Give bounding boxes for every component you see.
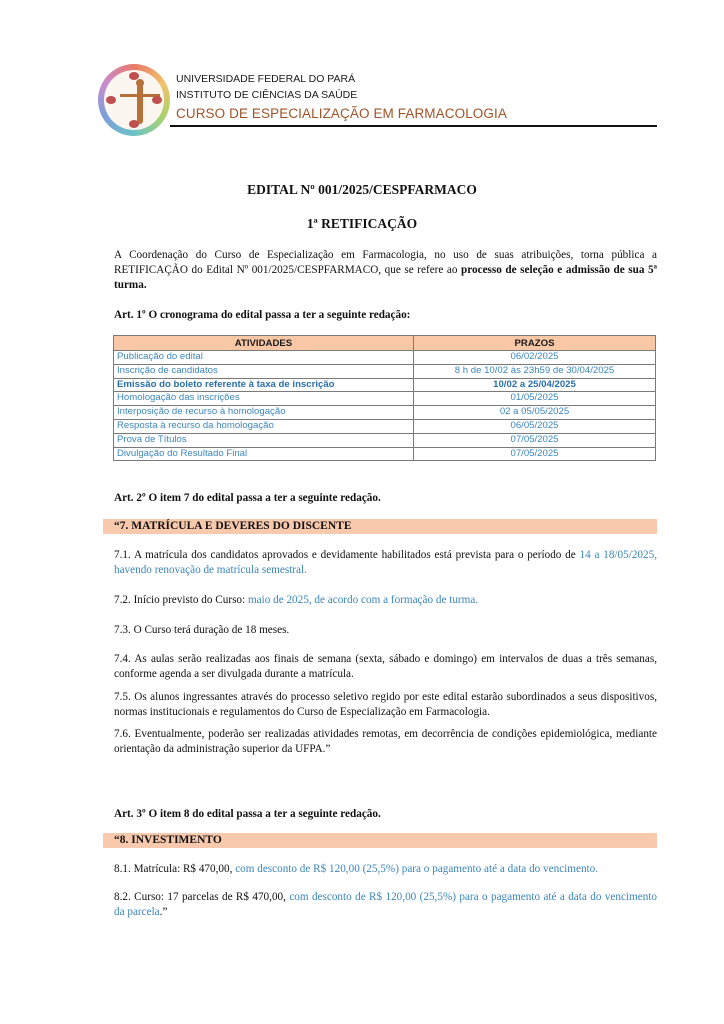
item-8-1-text: 8.1. Matrícula: R$ 470,00, [114, 863, 235, 875]
item-7-2: 7.2. Início previsto do Curso: maio de 2… [114, 593, 657, 608]
table-row: Inscrição de candidatos8 h de 10/02 às 2… [114, 364, 656, 378]
section-8-title: “8. INVESTIMENTO [114, 834, 222, 846]
item-7-1: 7.1. A matrícula dos candidatos aprovado… [114, 548, 657, 578]
activity-cell: Publicação do edital [114, 351, 414, 365]
deadline-cell: 07/05/2025 [414, 433, 656, 447]
column-header-deadlines: PRAZOS [414, 336, 656, 351]
activity-cell: Divulgação do Resultado Final [114, 447, 414, 461]
column-header-activities: ATIVIDADES [114, 336, 414, 351]
deadline-cell: 06/05/2025 [414, 419, 656, 433]
deadline-cell: 02 a 05/05/2025 [414, 406, 656, 420]
intro-paragraph: A Coordenação do Curso de Especialização… [114, 248, 657, 293]
activity-cell: Emissão do boleto referente à taxa de in… [114, 378, 414, 392]
activity-cell: Resposta à recurso da homologação [114, 419, 414, 433]
logo-organ-icon [106, 96, 116, 104]
table-row: Divulgação do Resultado Final07/05/2025 [114, 447, 656, 461]
document-title: EDITAL Nº 001/2025/CESPFARMACO [0, 182, 724, 198]
item-8-2-text: 8.2. Curso: 17 parcelas de R$ 470,00, [114, 891, 289, 903]
deadline-cell: 01/05/2025 [414, 392, 656, 406]
deadline-cell: 07/05/2025 [414, 447, 656, 461]
logo-background [104, 70, 164, 130]
activity-cell: Interposição de recurso à homologação [114, 406, 414, 420]
item-8-2-end: .” [160, 906, 168, 918]
article-3-heading: Art. 3º O item 8 do edital passa a ter a… [114, 808, 381, 820]
item-7-6: 7.6. Eventualmente, poderão ser realizad… [114, 727, 657, 757]
table-header-row: ATIVIDADES PRAZOS [114, 336, 656, 351]
logo-organ-icon [129, 72, 139, 80]
item-8-1: 8.1. Matrícula: R$ 470,00, com desconto … [114, 862, 657, 877]
activity-cell: Prova de Títulos [114, 433, 414, 447]
article-2-heading: Art. 2º O item 7 do edital passa a ter a… [114, 492, 381, 504]
logo-organ-icon [129, 120, 139, 128]
table-row: Prova de Títulos07/05/2025 [114, 433, 656, 447]
header-divider [170, 125, 657, 127]
item-7-5: 7.5. Os alunos ingressantes através do p… [114, 690, 657, 720]
table-row: Emissão do boleto referente à taxa de in… [114, 378, 656, 392]
section-7-title: “7. MATRÍCULA E DEVERES DO DISCENTE [114, 520, 352, 532]
logo-organ-icon [152, 96, 162, 104]
deadline-cell: 10/02 a 25/04/2025 [414, 378, 656, 392]
article-1-heading: Art. 1º O cronograma do edital passa a t… [114, 309, 410, 321]
item-7-3: 7.3. O Curso terá duração de 18 meses. [114, 623, 657, 638]
logo-figure-body [137, 84, 143, 124]
item-8-1-highlight: com desconto de R$ 120,00 (25,5%) para o… [235, 863, 598, 875]
activity-cell: Homologação das inscrições [114, 392, 414, 406]
document-subtitle: 1ª RETIFICAÇÃO [0, 216, 724, 232]
table-row: Interposição de recurso à homologação02 … [114, 406, 656, 420]
course-logo [98, 64, 170, 136]
activity-cell: Inscrição de candidatos [114, 364, 414, 378]
deadline-cell: 06/02/2025 [414, 351, 656, 365]
institute-name: INSTITUTO DE CIÊNCIAS DA SAÚDE [176, 89, 357, 101]
item-8-2: 8.2. Curso: 17 parcelas de R$ 470,00, co… [114, 890, 657, 920]
item-7-4: 7.4. As aulas serão realizadas aos finai… [114, 652, 657, 682]
university-name: UNIVERSIDADE FEDERAL DO PARÁ [176, 73, 355, 85]
item-7-1-text: 7.1. A matrícula dos candidatos aprovado… [114, 549, 580, 561]
schedule-table: ATIVIDADES PRAZOS Publicação do edital06… [113, 335, 656, 461]
item-7-2-text: 7.2. Início previsto do Curso: [114, 594, 248, 606]
table-row: Resposta à recurso da homologação06/05/2… [114, 419, 656, 433]
course-name: CURSO DE ESPECIALIZAÇÃO EM FARMACOLOGIA [176, 106, 507, 121]
table-row: Publicação do edital06/02/2025 [114, 351, 656, 365]
item-7-2-highlight: maio de 2025, de acordo com a formação d… [248, 594, 478, 606]
table-row: Homologação das inscrições01/05/2025 [114, 392, 656, 406]
deadline-cell: 8 h de 10/02 às 23h59 de 30/04/2025 [414, 364, 656, 378]
